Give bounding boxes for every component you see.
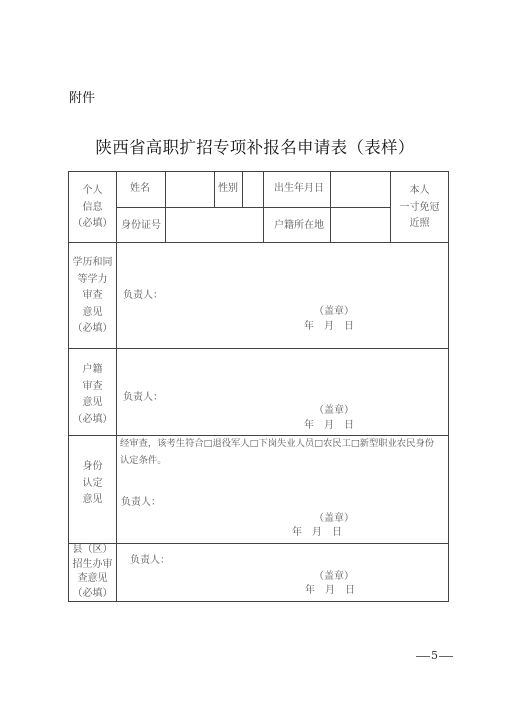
page-number: 5 — [415, 649, 454, 662]
divider-household — [68, 435, 449, 436]
name-field[interactable] — [166, 172, 214, 207]
name-label: 姓名 — [130, 184, 150, 194]
birthdate-field[interactable] — [331, 172, 390, 207]
birthdate-label: 出生年月日 — [274, 184, 324, 194]
identity-date-label: 年 月 日 — [292, 528, 342, 538]
id-number-label: 身份证号 — [121, 221, 161, 231]
identity-seal-label: （盖章） — [314, 514, 354, 524]
education-review-section-label: 学历和同 等学力 审查 意见 （必填） — [69, 255, 116, 338]
page-dash-left — [416, 656, 430, 657]
identity-statement-line1: 经审查，该考生符合□退役军人□下岗失业人员□农民工□新型职业农民身份 — [120, 439, 434, 448]
county-seal-label: （盖章） — [314, 572, 354, 582]
photo-box[interactable]: 本人 一寸免冠 近照 — [391, 183, 448, 233]
household-field[interactable] — [331, 208, 390, 242]
divider-education — [68, 348, 449, 349]
divider-personal — [68, 242, 449, 243]
personal-col-4 — [263, 171, 264, 242]
identity-statement-line2: 认定条件。 — [120, 456, 167, 465]
household-seal-label: （盖章） — [314, 406, 354, 416]
page-dash-right — [439, 656, 453, 657]
education-date-label: 年 月 日 — [304, 322, 354, 332]
table-border-right — [448, 171, 449, 602]
id-number-field[interactable] — [166, 208, 263, 242]
gender-field[interactable] — [243, 172, 263, 207]
personal-info-section-label: 个人 信息 （必填） — [69, 183, 116, 233]
household-review-section-label: 户籍 审查 意见 （必填） — [69, 362, 116, 428]
county-review-section-label: 县（区） 招生办审 查意见 （必填） — [69, 543, 116, 601]
household-responsible-label: 负责人： — [123, 393, 163, 403]
application-form-table: 个人 信息 （必填） 姓名 性别 出生年月日 身份证号 户籍所在地 本人 一寸免… — [68, 171, 449, 601]
gender-label: 性别 — [218, 184, 238, 194]
county-responsible-label: 负责人： — [130, 556, 170, 566]
education-seal-label: （盖章） — [314, 307, 354, 317]
label-column-divider — [116, 171, 117, 602]
attachment-label: 附件 — [69, 87, 95, 106]
identity-review-section-label: 身份 认定 意见 — [69, 459, 116, 509]
divider-identity — [68, 543, 449, 544]
page-title: 陕西省高职扩招专项补报名申请表（表样） — [0, 134, 510, 158]
personal-col-2 — [214, 171, 215, 207]
education-responsible-label: 负责人： — [123, 291, 163, 301]
household-date-label: 年 月 日 — [304, 421, 354, 431]
household-label: 户籍所在地 — [274, 221, 324, 231]
county-date-label: 年 月 日 — [305, 586, 355, 596]
identity-responsible-label: 负责人： — [121, 498, 161, 508]
table-border-bottom — [68, 601, 449, 602]
